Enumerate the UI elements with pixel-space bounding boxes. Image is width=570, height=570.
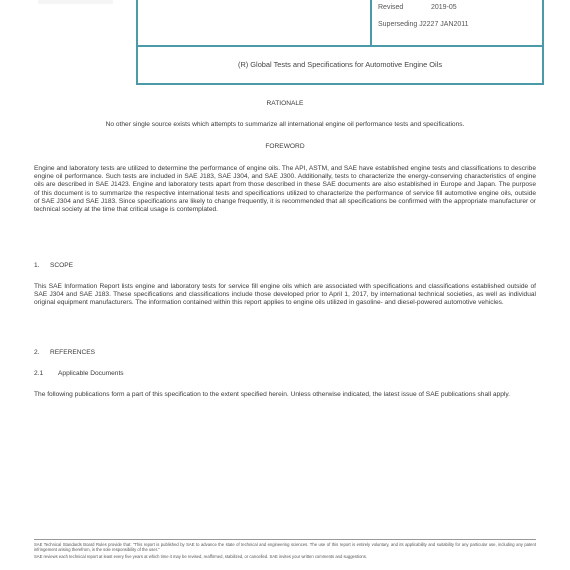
superseding-value: J2227 JAN2011 bbox=[419, 21, 468, 28]
section-references-heading: 2.REFERENCES bbox=[34, 349, 536, 357]
superseding-label: Superseding bbox=[378, 21, 417, 28]
cropped-logo-remnant bbox=[38, 0, 113, 4]
foreword-text: Engine and laboratory tests are utilized… bbox=[34, 165, 536, 214]
subsection-number: 2.1 bbox=[34, 370, 58, 378]
section-scope-heading: 1.SCOPE bbox=[34, 262, 536, 270]
subsection-title: Applicable Documents bbox=[58, 370, 124, 377]
rationale-heading: RATIONALE bbox=[34, 100, 536, 108]
rationale-text: No other single source exists which atte… bbox=[34, 121, 536, 129]
revision-info: Revised2019-05 Superseding J2227 JAN2011 bbox=[370, 0, 542, 45]
section-number: 1. bbox=[34, 262, 50, 270]
scope-text: This SAE Information Report lists engine… bbox=[34, 283, 536, 308]
revised-label: Revised bbox=[378, 4, 431, 11]
subsection-applicable-documents-heading: 2.1Applicable Documents bbox=[34, 370, 536, 378]
superseding-row: Superseding J2227 JAN2011 bbox=[378, 21, 469, 28]
footer-notice: SAE Technical Standards Board Rules prov… bbox=[34, 542, 536, 562]
footer-line: SAE Technical Standards Board Rules prov… bbox=[34, 542, 536, 552]
revised-value: 2019-05 bbox=[431, 4, 457, 11]
section-title: SCOPE bbox=[50, 262, 73, 269]
applicable-documents-text: The following publications form a part o… bbox=[34, 391, 536, 399]
document-header-box: Revised2019-05 Superseding J2227 JAN2011… bbox=[136, 0, 544, 85]
foreword-heading: FOREWORD bbox=[34, 143, 536, 151]
section-number: 2. bbox=[34, 349, 50, 357]
footer-line: SAE reviews each technical report at lea… bbox=[34, 554, 536, 559]
footer-divider bbox=[34, 539, 536, 540]
document-title: (R) Global Tests and Specifications for … bbox=[138, 45, 542, 83]
revised-row: Revised2019-05 bbox=[378, 4, 457, 11]
header-top-row: Revised2019-05 Superseding J2227 JAN2011 bbox=[138, 0, 542, 47]
section-title: REFERENCES bbox=[50, 349, 95, 356]
